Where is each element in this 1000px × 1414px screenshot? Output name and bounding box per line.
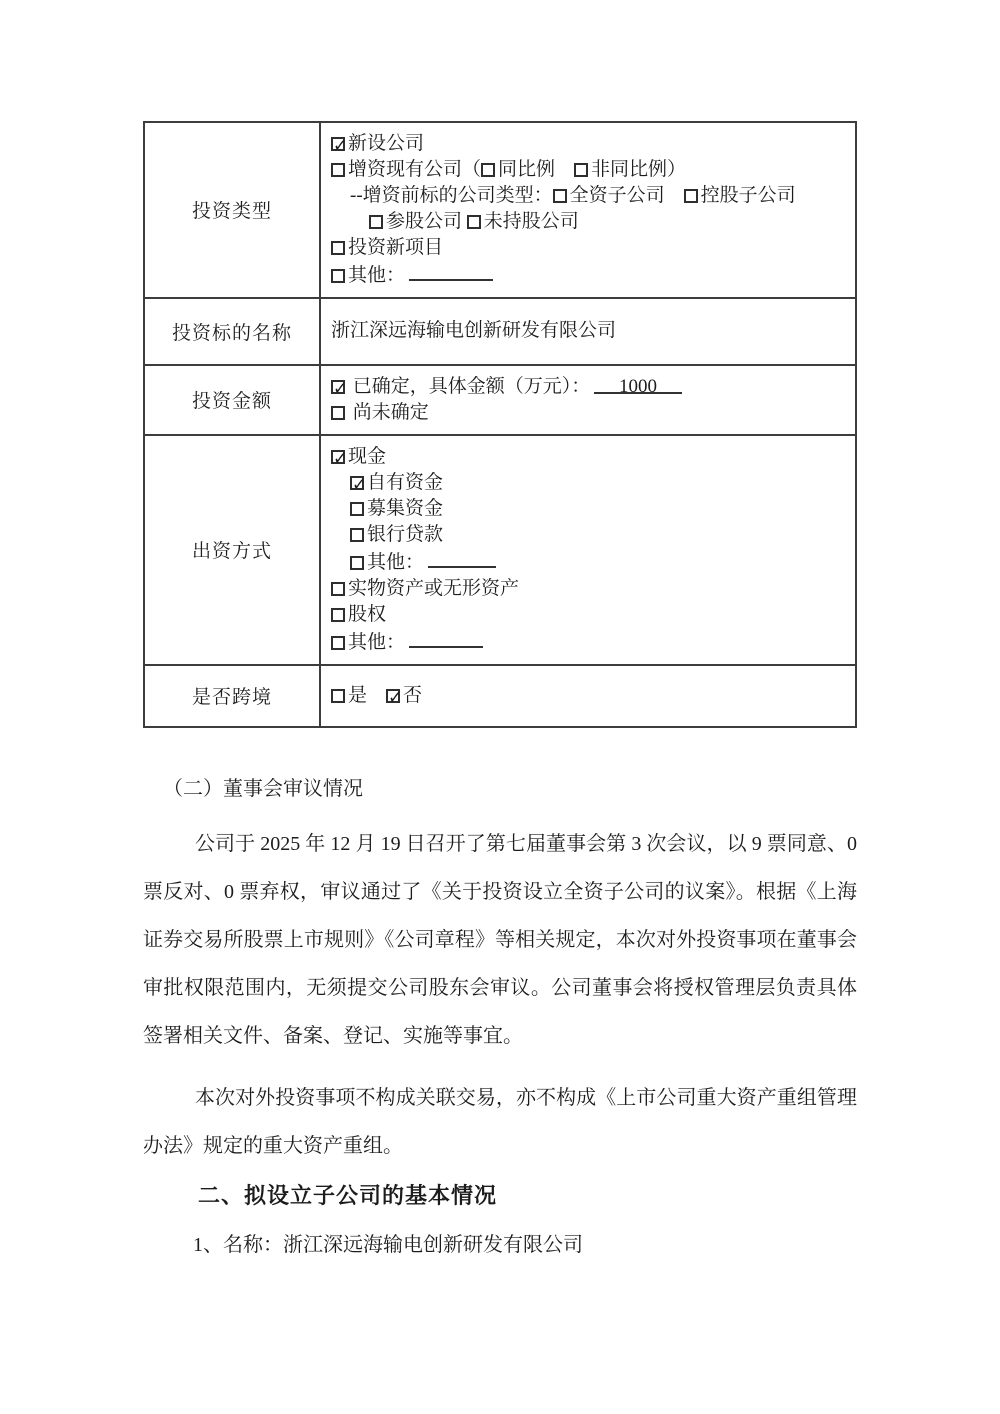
row-label: 出资方式	[144, 435, 320, 665]
fill-in-blank: 1000	[594, 374, 681, 394]
option-line: 其他：	[331, 261, 847, 289]
paragraph-related-transaction: 本次对外投资事项不构成关联交易，亦不构成《上市公司重大资产重组管理办法》规定的重…	[143, 1074, 857, 1170]
option-line: 尚未确定	[331, 400, 847, 426]
document-page: 投资类型新设公司增资现有公司（同比例 非同比例）--增资前标的公司类型：全资子公…	[0, 0, 1000, 1258]
option-text: 参股公司	[386, 211, 467, 232]
option-line: 募集资金	[331, 496, 847, 522]
option-text: 其他：	[367, 552, 424, 573]
fill-in-blank	[409, 261, 493, 281]
option-line: 实物资产或无形资产	[331, 576, 847, 602]
option-line: 增资现有公司（同比例 非同比例）	[331, 157, 847, 183]
checkbox-unchecked-icon	[350, 556, 364, 570]
checkbox-unchecked-icon	[574, 163, 588, 177]
row-value-cell: 现金自有资金募集资金银行贷款其他：实物资产或无形资产股权其他：	[320, 435, 856, 665]
checkbox-unchecked-icon	[369, 215, 383, 229]
row-value-cell: 是 否	[320, 665, 856, 727]
table-row: 是否跨境是 否	[144, 665, 856, 727]
option-line: 其他：	[331, 628, 847, 656]
checkbox-unchecked-icon	[331, 163, 345, 177]
row-label: 投资标的名称	[144, 298, 320, 365]
option-text: 实物资产或无形资产	[348, 578, 519, 599]
checkbox-checked-icon	[331, 380, 345, 394]
option-text: 尚未确定	[348, 402, 429, 423]
table-row: 出资方式现金自有资金募集资金银行贷款其他：实物资产或无形资产股权其他：	[144, 435, 856, 665]
option-line: 银行贷款	[331, 522, 847, 548]
investment-info-table: 投资类型新设公司增资现有公司（同比例 非同比例）--增资前标的公司类型：全资子公…	[143, 121, 857, 728]
row-label: 是否跨境	[144, 665, 320, 727]
option-text: 已确定，具体金额（万元）：	[348, 376, 590, 397]
checkbox-checked-icon	[331, 450, 345, 464]
option-text: 股权	[348, 604, 386, 625]
option-line: 股权	[331, 602, 847, 628]
table-row: 投资金额 已确定，具体金额（万元）：1000 尚未确定	[144, 365, 856, 435]
row-value-cell: 浙江深远海输电创新研发有限公司	[320, 298, 856, 365]
option-text: 自有资金	[367, 472, 443, 493]
checkbox-unchecked-icon	[331, 608, 345, 622]
checkbox-unchecked-icon	[350, 528, 364, 542]
checkbox-unchecked-icon	[350, 502, 364, 516]
checkbox-checked-icon	[386, 689, 400, 703]
option-text: 其他：	[348, 265, 405, 286]
checkbox-unchecked-icon	[331, 582, 345, 596]
option-line: 其他：	[331, 548, 847, 576]
option-line: 浙江深远海输电创新研发有限公司	[331, 318, 847, 344]
checkbox-unchecked-icon	[331, 406, 345, 420]
option-text: 是	[348, 685, 386, 706]
row-label: 投资金额	[144, 365, 320, 435]
checkbox-unchecked-icon	[481, 163, 495, 177]
checkbox-unchecked-icon	[331, 636, 345, 650]
table-row: 投资类型新设公司增资现有公司（同比例 非同比例）--增资前标的公司类型：全资子公…	[144, 122, 856, 298]
row-value-cell: 已确定，具体金额（万元）：1000 尚未确定	[320, 365, 856, 435]
checkbox-unchecked-icon	[331, 269, 345, 283]
option-text: 银行贷款	[367, 524, 443, 545]
option-text: 现金	[348, 446, 386, 467]
option-line: 投资新项目	[331, 235, 847, 261]
checkbox-checked-icon	[331, 137, 345, 151]
option-text: 增资现有公司（	[348, 159, 481, 180]
section-heading-board-review: （二）董事会审议情况	[143, 776, 857, 802]
item-subsidiary-name: 1、名称：浙江深远海输电创新研发有限公司	[143, 1232, 857, 1258]
option-line: 现金	[331, 444, 847, 470]
option-text: 否	[403, 685, 422, 706]
option-text: 非同比例）	[591, 159, 686, 180]
checkbox-checked-icon	[350, 476, 364, 490]
fill-in-blank	[428, 548, 496, 568]
option-line: --增资前标的公司类型：全资子公司 控股子公司	[331, 183, 847, 209]
row-label: 投资类型	[144, 122, 320, 298]
option-text: 同比例	[498, 159, 574, 180]
checkbox-unchecked-icon	[684, 189, 698, 203]
option-text: 其他：	[348, 632, 405, 653]
row-value-cell: 新设公司增资现有公司（同比例 非同比例）--增资前标的公司类型：全资子公司 控股…	[320, 122, 856, 298]
option-text: 投资新项目	[348, 237, 443, 258]
checkbox-unchecked-icon	[467, 215, 481, 229]
option-line: 自有资金	[331, 470, 847, 496]
option-line: 是 否	[331, 683, 847, 709]
option-line: 已确定，具体金额（万元）：1000	[331, 374, 847, 400]
option-text: 浙江深远海输电创新研发有限公司	[331, 320, 616, 341]
checkbox-unchecked-icon	[553, 189, 567, 203]
option-text: 控股子公司	[701, 185, 796, 206]
paragraph-board-review: 公司于 2025 年 12 月 19 日召开了第七届董事会第 3 次会议，以 9…	[143, 820, 857, 1060]
option-text: 募集资金	[367, 498, 443, 519]
section-heading-subsidiary-info: 二、拟设立子公司的基本情况	[143, 1180, 857, 1212]
checkbox-unchecked-icon	[331, 689, 345, 703]
option-text: 新设公司	[348, 133, 424, 154]
option-text: 未持股公司	[484, 211, 579, 232]
checkbox-unchecked-icon	[331, 241, 345, 255]
option-line: 新设公司	[331, 131, 847, 157]
option-text: 全资子公司	[570, 185, 684, 206]
option-line: 参股公司 未持股公司	[331, 209, 847, 235]
table-row: 投资标的名称浙江深远海输电创新研发有限公司	[144, 298, 856, 365]
fill-in-blank	[409, 628, 483, 648]
option-text: --增资前标的公司类型：	[350, 185, 553, 206]
